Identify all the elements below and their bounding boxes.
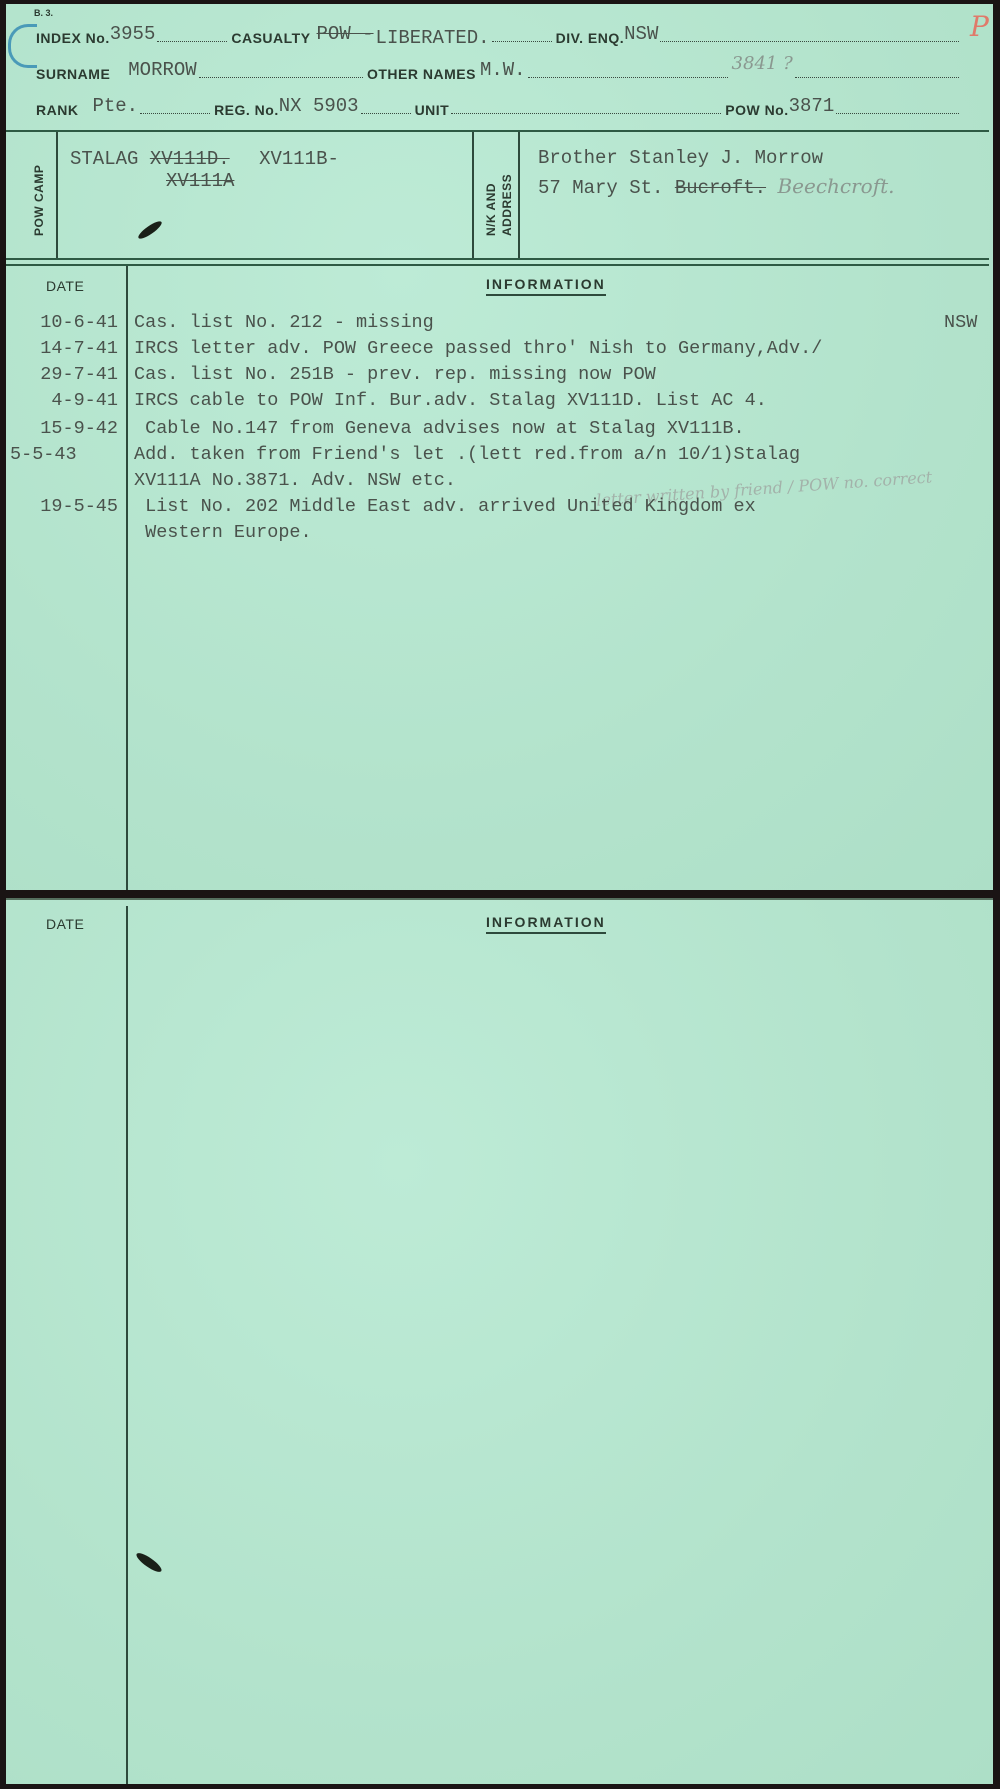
pow-camp-label: POW CAMP xyxy=(32,165,46,236)
reg-no-label: REG. No. xyxy=(214,102,279,118)
dotted-line xyxy=(199,77,363,78)
entry-date: 29-7-41 xyxy=(40,362,118,388)
entry-text: List No. 202 Middle East adv. arrived Un… xyxy=(134,494,984,520)
entry-right-note: NSW xyxy=(944,310,977,336)
other-names-pencil-note: 3841 ? xyxy=(732,53,793,74)
div-enq-label: DIV. ENQ. xyxy=(556,30,625,46)
ink-blot xyxy=(136,219,164,242)
rank-field: Pte. xyxy=(92,98,138,118)
nk-street: 57 Mary St. xyxy=(538,177,663,199)
entry-text: Add. taken from Friend's let .(lett red.… xyxy=(134,442,984,468)
dotted-line xyxy=(660,41,959,42)
row-rank: RANK Pte. REG. No. NX 5903 UNIT POW No. … xyxy=(36,94,963,118)
entry-date: 4-9-41 xyxy=(51,388,118,414)
blue-crayon-mark xyxy=(8,24,37,68)
entry-date: 15-9-42 xyxy=(40,416,118,442)
record-card-back: DATE INFORMATION xyxy=(6,898,993,1784)
rank-label: RANK xyxy=(36,102,78,118)
casualty-struck-value: POW - xyxy=(317,24,374,44)
date-column-divider xyxy=(126,906,128,1784)
entry-text: IRCS cable to POW Inf. Bur.adv. Stalag X… xyxy=(134,388,984,414)
camp-struck-1: XV111D. xyxy=(150,148,230,170)
reg-no-field: NX 5903 xyxy=(279,98,359,118)
camp-struck-2: XV111A xyxy=(166,170,234,192)
dotted-line xyxy=(361,113,411,114)
rank-value: Pte. xyxy=(92,96,138,116)
date-column-divider xyxy=(126,266,128,890)
entry-text: IRCS letter adv. POW Greece passed thro'… xyxy=(134,336,984,362)
information-header: INFORMATION xyxy=(486,914,606,934)
other-names-value: M.W. xyxy=(480,60,526,80)
dotted-line xyxy=(140,113,210,114)
divider xyxy=(6,898,993,900)
entry-date: 14-7-41 xyxy=(40,336,118,362)
surname-value: MORROW xyxy=(128,60,196,80)
entry-text: Cas. list No. 212 - missing xyxy=(134,310,984,336)
entry-date: 5-5-43 xyxy=(10,442,77,468)
dotted-line xyxy=(836,113,959,114)
divider xyxy=(6,264,989,266)
reg-no-value: NX 5903 xyxy=(279,96,359,116)
nk-label-2: ADDRESS xyxy=(500,174,514,236)
entry-date: 19-5-45 xyxy=(40,494,118,520)
nk-suburb-struck: Bucroft. xyxy=(675,177,766,199)
pow-no-field: 3871 xyxy=(789,98,835,118)
entry-text: Cable No.147 from Geneva advises now at … xyxy=(134,416,984,442)
dotted-line xyxy=(157,41,227,42)
pow-camp-value: STALAG XV111D. XV111B- XV111A xyxy=(70,148,339,192)
entry-text-continued: Western Europe. xyxy=(134,520,984,546)
entry-date: 10-6-41 xyxy=(40,310,118,336)
ink-blot xyxy=(134,1550,164,1575)
other-names-label: OTHER NAMES xyxy=(367,66,476,82)
casualty-value: LIBERATED. xyxy=(376,28,490,48)
row-index-casualty: INDEX No. 3955 CASUALTY POW - LIBERATED.… xyxy=(36,22,963,46)
index-no-field: 3955 xyxy=(110,26,156,46)
divider xyxy=(472,132,474,258)
date-header: DATE xyxy=(46,278,84,294)
other-names-field: M.W. xyxy=(480,62,526,82)
div-enq-value: NSW xyxy=(624,24,658,44)
nk-address-value: Brother Stanley J. Morrow 57 Mary St. Bu… xyxy=(538,144,895,202)
corner-mark: P xyxy=(970,10,989,43)
casualty-field: POW - LIBERATED. xyxy=(317,26,490,46)
dotted-line xyxy=(528,77,728,78)
divider xyxy=(56,132,58,258)
camp-extra: XV111B- xyxy=(259,148,339,170)
index-no-label: INDEX No. xyxy=(36,30,110,46)
casualty-label: CASUALTY xyxy=(231,30,310,46)
pow-no-label: POW No. xyxy=(725,102,788,118)
divider xyxy=(6,130,989,132)
surname-field: MORROW xyxy=(128,62,196,82)
surname-label: SURNAME xyxy=(36,66,110,82)
div-enq-field: NSW xyxy=(624,26,658,46)
row-surname: SURNAME MORROW OTHER NAMES M.W. 3841 ? xyxy=(36,58,963,82)
unit-label: UNIT xyxy=(415,102,450,118)
nk-suburb-pencil: Beechcroft. xyxy=(777,174,894,198)
pow-no-value: 3871 xyxy=(789,96,835,116)
camp-prefix: STALAG xyxy=(70,148,138,170)
information-header: INFORMATION xyxy=(486,276,606,296)
dotted-line xyxy=(451,113,721,114)
dotted-line xyxy=(492,41,552,42)
divider xyxy=(518,132,520,258)
divider xyxy=(6,258,989,260)
entry-text: Cas. list No. 251B - prev. rep. missing … xyxy=(134,362,984,388)
index-no-value: 3955 xyxy=(110,24,156,44)
date-header: DATE xyxy=(46,916,84,932)
form-code: B. 3. xyxy=(34,8,53,18)
nk-name: Brother Stanley J. Morrow xyxy=(538,144,895,172)
dotted-line xyxy=(795,77,959,78)
record-card-front: B. 3. P INDEX No. 3955 CASUALTY POW - LI… xyxy=(6,4,993,890)
nk-label-1: N/K AND xyxy=(484,183,498,236)
